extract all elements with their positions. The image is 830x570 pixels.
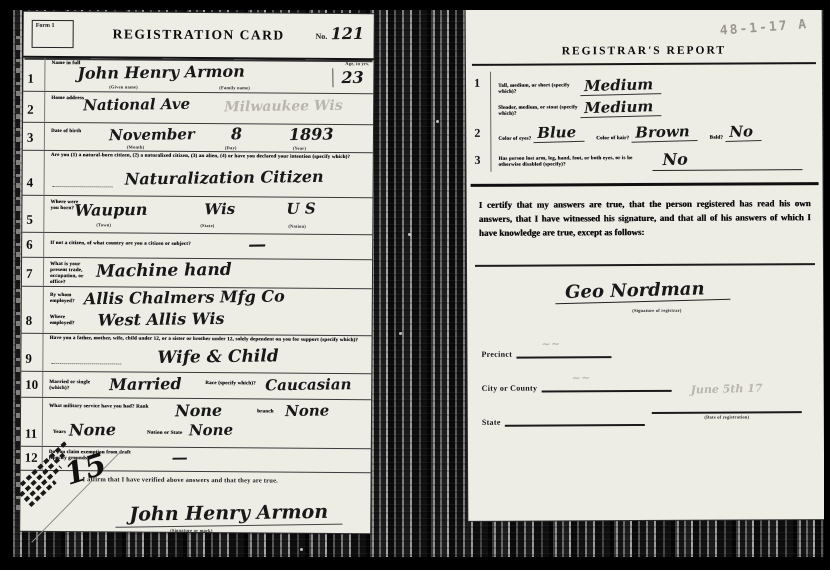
dependents-label: Have you a father, mother, wife, child u… bbox=[50, 336, 360, 344]
date-caption: (Date of registration) bbox=[652, 414, 802, 420]
hair-label: Color of hair? bbox=[596, 136, 629, 142]
field-number: 6 bbox=[26, 237, 42, 253]
field-home-address: 2 Home address National Ave Milwaukee Wi… bbox=[23, 92, 373, 125]
certification-paragraph: I certify that my answers are true, that… bbox=[479, 197, 811, 241]
noise-speck bbox=[300, 548, 303, 551]
registration-card: Form 1 REGISTRATION CARD No.121 1 Name i… bbox=[20, 12, 374, 533]
registrant-signature: John Henry Armon bbox=[115, 501, 342, 528]
field-dependents: 9 Have you a father, mother, wife, child… bbox=[21, 334, 371, 374]
blank-line bbox=[53, 186, 113, 187]
report-field-features: 2 Color of eyes? Blue Color of hair? Bro… bbox=[466, 118, 822, 147]
field-number: 7 bbox=[26, 266, 42, 282]
hair-answer: Brown bbox=[631, 122, 698, 143]
bald-answer: No bbox=[725, 122, 761, 142]
occupation-label: What is your present trade, occupation, … bbox=[50, 262, 96, 286]
field-name: 1 Name in full John Henry Armon (Given n… bbox=[23, 58, 373, 94]
name-answer: John Henry Armon bbox=[77, 62, 245, 83]
signature-caption: (Signature or mark) bbox=[170, 528, 212, 533]
city-county-field: City or County ~~ bbox=[482, 380, 672, 393]
given-name-caption: (Given name) bbox=[109, 84, 138, 89]
employer-answer: Allis Chalmers Mfg Co bbox=[84, 287, 285, 309]
race-label: Race (specify which)? bbox=[205, 381, 257, 387]
report-rows: 1 Tall, medium, or short (specify which)… bbox=[466, 68, 823, 174]
military-label: What military service have you had? Rank bbox=[49, 404, 149, 411]
field-number: 2 bbox=[27, 102, 43, 118]
years-label: Years bbox=[53, 430, 66, 436]
registrar-signature: Geo Nordman bbox=[555, 278, 731, 305]
precinct-pencil-note: ~~ bbox=[541, 337, 560, 350]
frame-right bbox=[824, 0, 830, 570]
city-pencil-note: ~~ bbox=[571, 371, 590, 384]
year-caption: (Year) bbox=[293, 146, 306, 151]
field-number: 9 bbox=[25, 351, 41, 367]
no-label: No. bbox=[315, 32, 327, 41]
frame-left bbox=[0, 0, 13, 570]
field-number: 5 bbox=[26, 212, 42, 228]
citizenship-answer: Naturalization Citizen bbox=[125, 167, 324, 189]
citizen-of-label: If not a citizen, of what country are yo… bbox=[50, 241, 270, 249]
bald-label: Bald? bbox=[710, 136, 724, 142]
home-address-answer: National Ave bbox=[83, 95, 190, 114]
field-employer: 8 By whom employed? Allis Chalmers Mfg C… bbox=[22, 287, 372, 336]
month-caption: (Month) bbox=[127, 145, 144, 150]
family-name-caption: (Family name) bbox=[219, 85, 250, 90]
registrars-report-title: REGISTRAR'S REPORT bbox=[466, 44, 822, 58]
state-label: State bbox=[482, 418, 501, 427]
nation-state-label: Nation or State bbox=[147, 431, 182, 437]
eyes-label: Color of eyes? bbox=[498, 137, 531, 143]
noise-speck bbox=[408, 233, 411, 236]
field-number: 10 bbox=[25, 377, 41, 393]
birthplace-state: Wis bbox=[204, 200, 235, 218]
field-number: 1 bbox=[474, 76, 480, 91]
report-footer: Precinct ~~ City or County ~~ State June… bbox=[467, 327, 824, 449]
section-rule bbox=[471, 182, 819, 187]
marital-answer: Married bbox=[109, 374, 182, 394]
field-number: 1 bbox=[27, 71, 43, 87]
state-caption: (State) bbox=[200, 223, 214, 228]
city-county-label: City or County bbox=[482, 383, 538, 392]
field-date-of-birth: 3 Date of birth November (Month) 8 (Day)… bbox=[23, 123, 373, 153]
nation-caption: (Nation) bbox=[288, 224, 306, 229]
frame-top bbox=[0, 0, 830, 10]
state-line bbox=[505, 414, 645, 427]
noise-speck bbox=[399, 332, 402, 335]
dob-year: 1893 bbox=[289, 124, 334, 144]
age-label: Age, in yrs. bbox=[345, 61, 369, 66]
military-years-answer: None bbox=[69, 420, 116, 440]
military-rank-answer: None bbox=[175, 401, 222, 421]
field-number: 11 bbox=[25, 426, 41, 442]
day-caption: (Day) bbox=[225, 145, 237, 150]
registrars-report-card: 48-1-17 A REGISTRAR'S REPORT 1 Tall, med… bbox=[466, 8, 825, 521]
exemption-answer: — bbox=[172, 448, 188, 467]
blank-line bbox=[51, 363, 121, 364]
noise-speck bbox=[436, 120, 439, 123]
height-answer: Medium bbox=[580, 75, 662, 96]
dependents-answer: Wife & Child bbox=[157, 346, 279, 368]
field-number: 3 bbox=[27, 130, 43, 146]
report-field-build: 1 Tall, medium, or short (specify which)… bbox=[466, 68, 822, 120]
home-address-label: Home address bbox=[51, 96, 84, 102]
dob-month: November bbox=[109, 125, 195, 144]
date-value: June 5th 17 bbox=[691, 381, 763, 396]
military-branch-answer: None bbox=[285, 401, 329, 420]
build-label: Slender, medium, or stout (specify which… bbox=[498, 105, 578, 117]
precinct-line bbox=[516, 346, 611, 358]
field-occupation: 7 What is your present trade, occupation… bbox=[22, 258, 372, 289]
branch-label: branch bbox=[257, 409, 274, 415]
race-answer: Caucasian bbox=[265, 375, 351, 394]
no-value-handwritten: 121 bbox=[330, 24, 364, 43]
field-birthplace: 5 Where were you born? Waupun (Town) Wis… bbox=[22, 196, 372, 235]
occupation-answer: Machine hand bbox=[96, 260, 232, 282]
card-serial-number: No.121 bbox=[315, 24, 363, 43]
citizenship-label: Are you (1) a natural-born citizen, (2) … bbox=[51, 153, 351, 161]
height-label: Tall, medium, or short (specify which)? bbox=[498, 83, 578, 95]
field-citizen-of: 6 If not a citizen, of what country are … bbox=[22, 233, 372, 260]
where-employed-label: Where employed? bbox=[50, 315, 84, 327]
precinct-field: Precinct ~~ bbox=[481, 346, 611, 359]
where-employed-answer: West Allis Wis bbox=[98, 309, 225, 330]
age-answer: 23 bbox=[332, 68, 364, 87]
field-number: 4 bbox=[27, 175, 43, 191]
frame-bottom bbox=[0, 557, 830, 570]
field-military-service: 11 What military service have you had? R… bbox=[21, 398, 371, 449]
registrar-signature-block: Geo Nordman (Signature of registrar) bbox=[467, 265, 823, 327]
dob-label: Date of birth bbox=[51, 129, 81, 135]
registration-card-header: Form 1 REGISTRATION CARD No.121 bbox=[23, 12, 373, 60]
state-field: State bbox=[482, 414, 645, 427]
date-line bbox=[652, 397, 802, 414]
date-of-registration-field: June 5th 17 (Date of registration) bbox=[652, 379, 802, 420]
disability-answer: No bbox=[662, 150, 688, 170]
employer-label: By whom employed? bbox=[50, 293, 84, 305]
name-label: Name in full bbox=[51, 61, 80, 67]
marital-label: Married or single (which)? bbox=[49, 380, 107, 392]
field-citizenship: 4 Are you (1) a natural-born citizen, (2… bbox=[23, 151, 373, 198]
town-caption: (Town) bbox=[96, 222, 111, 227]
home-address-answer-2: Milwaukee Wis bbox=[224, 98, 343, 116]
field-number: 3 bbox=[474, 153, 480, 168]
dob-day: 8 bbox=[231, 124, 242, 143]
disability-label: Has person lost arm, leg, hand, foot, or… bbox=[498, 156, 648, 169]
build-answer: Medium bbox=[580, 97, 662, 118]
film-edge-marks bbox=[16, 30, 20, 510]
affirmation-text: I affirm that I have verified above answ… bbox=[83, 476, 278, 484]
field-number: 2 bbox=[474, 126, 480, 141]
report-field-disability: 3 Has person lost arm, leg, hand, foot, … bbox=[466, 145, 822, 174]
citizen-of-answer: — bbox=[248, 234, 266, 255]
precinct-label: Precinct bbox=[481, 350, 512, 359]
date-stamp: 48-1-17 A bbox=[719, 17, 808, 39]
military-nation-answer: None bbox=[189, 421, 233, 440]
title-rule bbox=[472, 62, 816, 66]
field-number: 8 bbox=[26, 313, 42, 329]
registrar-signature-caption: (Signature of registrar) bbox=[632, 308, 681, 313]
eyes-answer: Blue bbox=[533, 123, 584, 143]
birthplace-nation: U S bbox=[286, 200, 315, 218]
field-marital-race: 10 Married or single (which)? Married Ra… bbox=[21, 372, 371, 400]
birthplace-town: Waupun bbox=[74, 200, 147, 220]
